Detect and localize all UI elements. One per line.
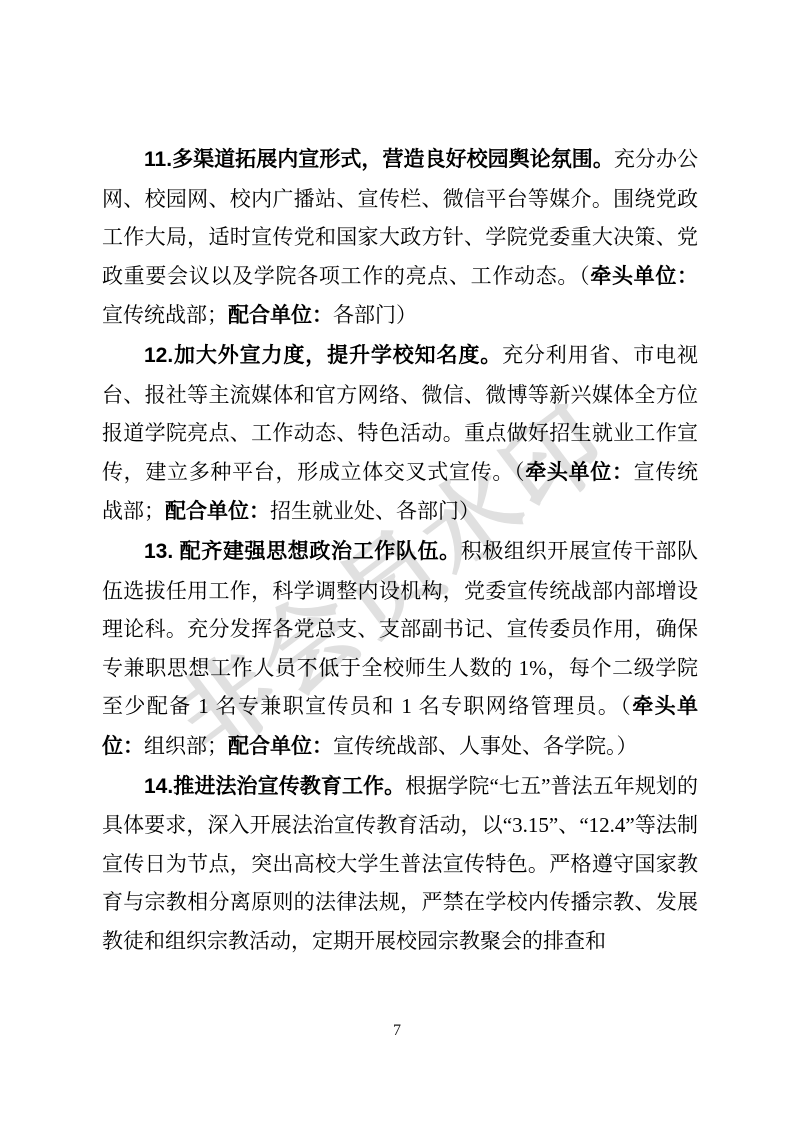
bold-text-run: 牵头单位： [590, 265, 698, 288]
bold-text-run: 配合单位： [228, 735, 333, 758]
paragraph-12: 12.加大外宣力度，提升学校知名度。充分利用省、市电视台、报社等主流媒体和官方网… [102, 336, 698, 532]
text-run: 宣传统战部； [102, 303, 228, 327]
bold-text-run: 12.加大外宣力度，提升学校知名度。 [144, 344, 502, 367]
text-run: 组织部； [144, 734, 228, 758]
bold-text-run: 13. 配齐建强思想政治工作队伍。 [144, 540, 461, 563]
text-run: 宣传统战部、人事处、各学院。） [333, 734, 638, 758]
document-page: 非会员水印 11.多渠道拓展内宣形式，营造良好校园舆论氛围。充分办公网、校园网、… [0, 0, 794, 1123]
bold-text-run: 11.多渠道拓展内宣形式，营造良好校园舆论氛围。 [144, 148, 614, 171]
text-run: 根据学院“七五”普法五年规划的具体要求，深入开展法治宣传教育活动，以“3.15”… [102, 774, 698, 953]
page-number: 7 [0, 1022, 794, 1040]
document-body: 11.多渠道拓展内宣形式，营造良好校园舆论氛围。充分办公网、校园网、校内广播站、… [102, 140, 698, 960]
paragraph-13: 13. 配齐建强思想政治工作队伍。积极组织开展宣传干部队伍选拔任用工作，科学调整… [102, 532, 698, 767]
bold-text-run: 配合单位： [165, 500, 270, 523]
paragraph-11: 11.多渠道拓展内宣形式，营造良好校园舆论氛围。充分办公网、校园网、校内广播站、… [102, 140, 698, 336]
text-run: 各部门） [333, 303, 417, 327]
bold-text-run: 牵头单位： [525, 461, 633, 484]
bold-text-run: 配合单位： [228, 304, 333, 327]
bold-text-run: 14.推进法治宣传教育工作。 [144, 775, 405, 798]
text-run: 招生就业处、各部门） [270, 499, 480, 523]
paragraph-14: 14.推进法治宣传教育工作。根据学院“七五”普法五年规划的具体要求，深入开展法治… [102, 767, 698, 961]
text-run: 积极组织开展宣传干部队伍选拔任用工作，科学调整内设机构，党委宣传统战部内部增设理… [102, 539, 698, 718]
